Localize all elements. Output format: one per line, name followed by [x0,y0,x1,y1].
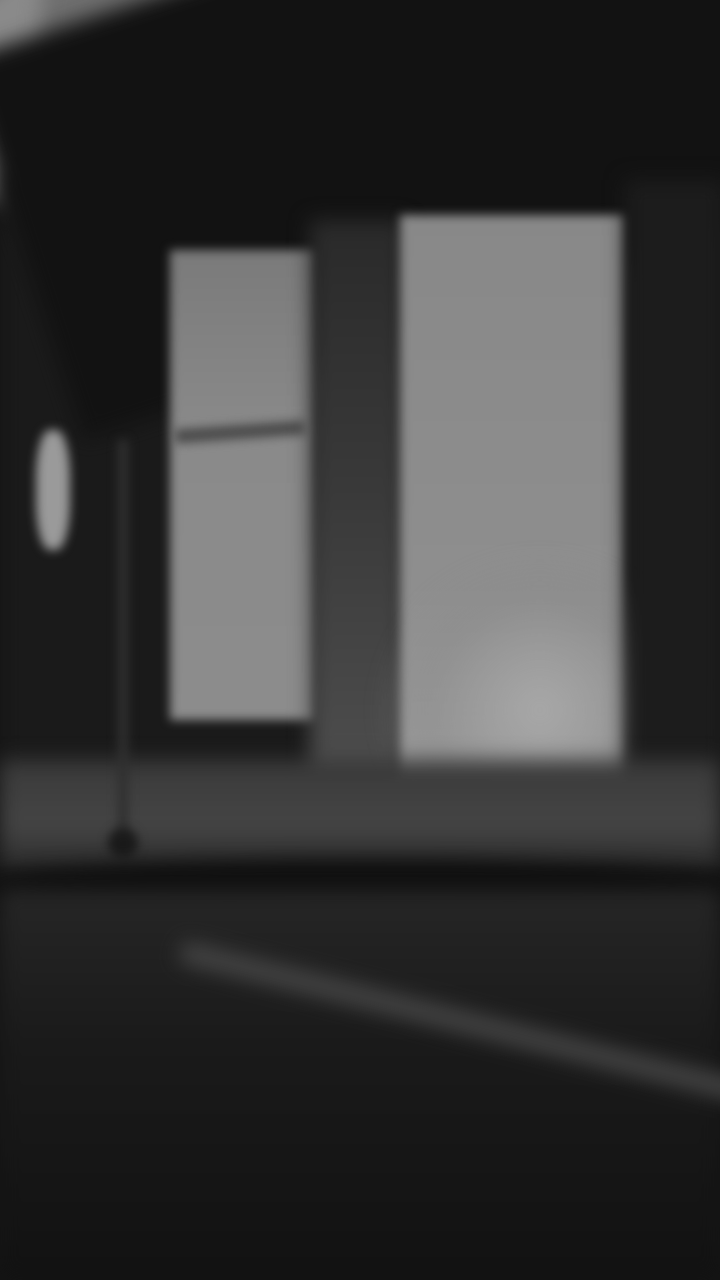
left-window [170,250,315,720]
left-light-sliver [36,430,70,550]
photo-scene [0,0,720,1280]
window-sill [0,760,720,870]
ground [0,890,720,1280]
pole [118,440,128,840]
pole-base [108,828,138,858]
